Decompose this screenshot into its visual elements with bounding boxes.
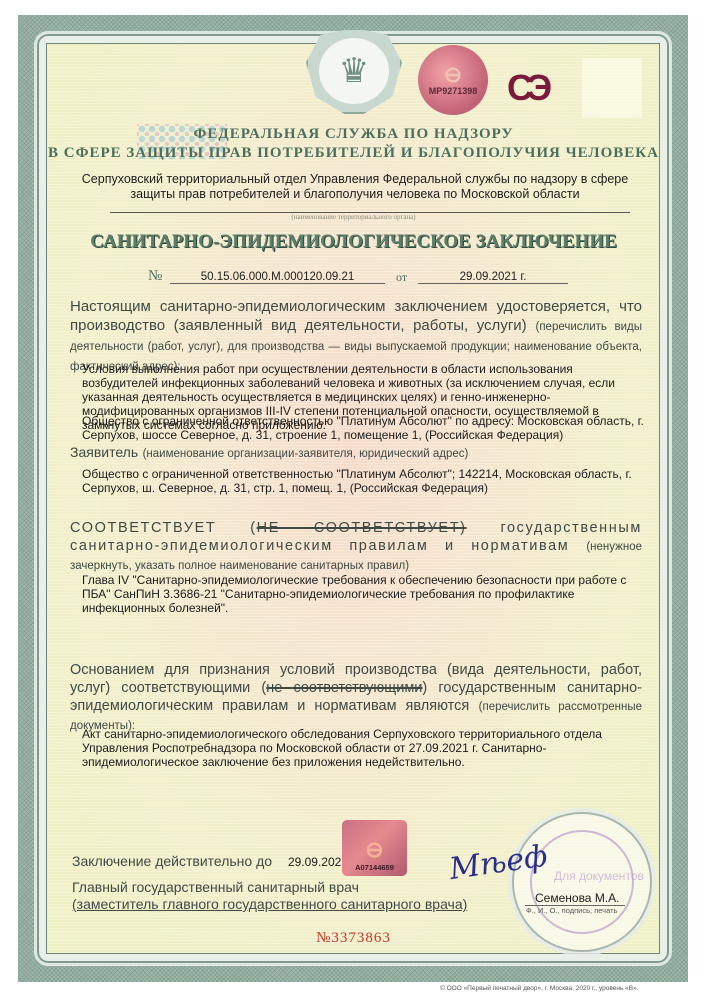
hologram-code: МР9271398 bbox=[429, 86, 478, 96]
basis-documents: Акт санитарно-эпидемиологического обслед… bbox=[82, 727, 647, 769]
struck-text: НЕ СООТВЕТСТВУЕТ) bbox=[257, 520, 467, 536]
double-headed-eagle-icon: ♛ bbox=[319, 38, 389, 104]
chief-title: Главный государственный санитарный врач bbox=[72, 879, 467, 896]
activity-site: Общество с ограниченной ответственностью… bbox=[82, 414, 647, 442]
applicant-caption: (наименование организации-заявителя, юри… bbox=[143, 448, 469, 460]
printer-imprint: © ООО «Первый печатный двор», г. Москва,… bbox=[440, 985, 639, 992]
territorial-body-caption: (наименование территориального органа) bbox=[0, 213, 707, 221]
agency-title-line2: В СФЕРЕ ЗАЩИТЫ ПРАВ ПОТРЕБИТЕЛЕЙ И БЛАГО… bbox=[0, 145, 707, 162]
signer-caption: Ф., И., О., подпись, печать bbox=[526, 906, 617, 915]
chief-title-block: Главный государственный санитарный врач … bbox=[72, 879, 467, 913]
sanitary-rules: Глава IV "Санитарно-эпидемиологические т… bbox=[82, 573, 647, 615]
blank-area bbox=[582, 58, 642, 118]
hologram-sticker: ⊖ А07144659 bbox=[342, 820, 407, 876]
applicant-label-row: Заявитель (наименование организации-заяв… bbox=[70, 444, 468, 462]
hologram-logo-icon: ⊖ bbox=[444, 64, 462, 86]
applicant-value: Общество с ограниченной ответственностью… bbox=[82, 467, 647, 495]
compliance-lead: СООТВЕТСТВУЕТ (НЕ СООТВЕТСТВУЕТ) государ… bbox=[70, 519, 642, 575]
document-title: САНИТАРНО-ЭПИДЕМИОЛОГИЧЕСКОЕ ЗАКЛЮЧЕНИЕ bbox=[0, 231, 707, 253]
deputy-title: (заместитель главного государственного с… bbox=[72, 896, 467, 913]
hologram-sticker-code: А07144659 bbox=[355, 863, 394, 872]
validity-row: Заключение действительно до 29.09.2026 г… bbox=[72, 853, 358, 869]
struck-text: не соответствующими bbox=[266, 680, 422, 696]
validity-label: Заключение действительно до bbox=[72, 853, 272, 869]
applicant-label: Заявитель bbox=[70, 444, 138, 460]
hologram-logo-icon: ⊖ bbox=[365, 837, 383, 863]
se-logo: СЭ bbox=[507, 68, 567, 108]
document-number-row: № 50.15.06.000.М.000120.09.21 от 29.09.2… bbox=[148, 268, 588, 286]
signer-name: Семенова М.А. bbox=[535, 891, 619, 905]
document-date: 29.09.2021 г. bbox=[418, 271, 568, 284]
territorial-body: Серпуховский территориальный отдел Управ… bbox=[60, 172, 650, 202]
serial-number: №3373863 bbox=[0, 930, 707, 947]
document-number: 50.15.06.000.М.000120.09.21 bbox=[170, 271, 385, 284]
agency-title-line1: ФЕДЕРАЛЬНАЯ СЛУЖБА ПО НАДЗОРУ bbox=[0, 126, 707, 143]
hologram-seal: ⊖ МР9271398 bbox=[418, 45, 488, 115]
number-label: № bbox=[148, 268, 162, 285]
date-label: от bbox=[396, 270, 407, 285]
basis-lead: Основанием для признания условий произво… bbox=[70, 661, 642, 735]
